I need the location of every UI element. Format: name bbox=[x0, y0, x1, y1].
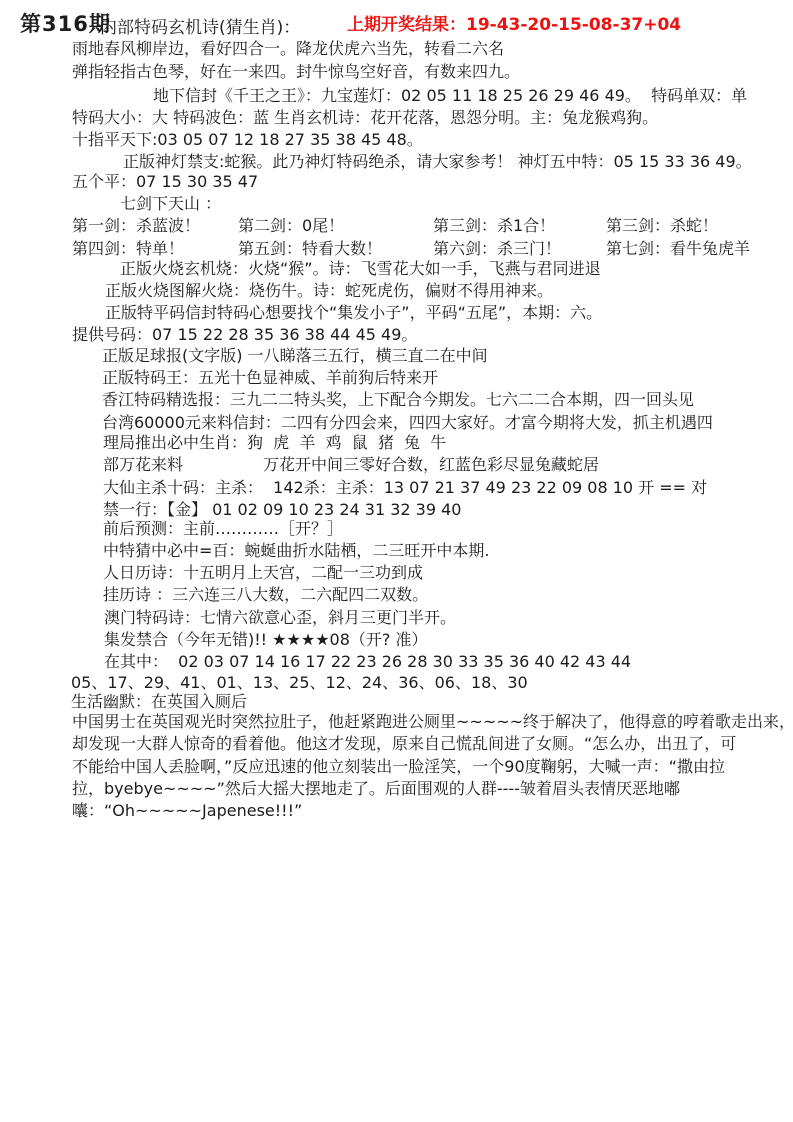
taiwan-envelope-line: 台湾60000元来料信封：二四有分四会来，四四大家好。才富今期将大发，抓主机遇四 bbox=[102, 413, 713, 433]
humor-paragraph-1: 中国男士在英国观光时突然拉肚子，他赶紧跑进公厕里~~~~~终于解决了，他得意的哼… bbox=[72, 712, 793, 732]
five-flat-line: 五个平：07 15 30 35 47 bbox=[72, 172, 258, 192]
underground-envelope-line: 地下信封《千王之王》：九宝莲灯：02 05 11 18 25 26 29 46 … bbox=[153, 86, 747, 106]
special-flat-envelope-line: 正版特平码信封特码心想要找个“集发小子”，平码“五尾”，本期：六。 bbox=[105, 303, 602, 323]
lottery-tip-sheet-page: 第316期 内部特码玄机诗(猜生肖)： 上期开奖结果：19-43-20-15-0… bbox=[0, 0, 793, 1122]
ban-row-line: 禁一行：【金】 01 02 09 10 23 24 31 32 39 40 bbox=[103, 500, 461, 520]
poem-line-1: 雨地春风柳岸边，看好四合一。降龙伏虎六当先，转看二六名 bbox=[72, 39, 504, 59]
humor-title-line: 生活幽默：在英国入厕后 bbox=[71, 692, 247, 712]
seven-swords-title: 七剑下天山 ： bbox=[120, 194, 221, 214]
size-wave-line: 特码大小：大 特码波色：蓝 生肖玄机诗：花开花落，恩怨分明。主：兔龙猴鸡狗。 bbox=[72, 108, 658, 128]
issue-number: 第316期 bbox=[20, 8, 111, 38]
football-paper-line: 正版足球报(文字版) 一八睇落三五行，横三直二在中间 bbox=[102, 346, 488, 366]
among-numbers-line-2: 05、17、29、41、01、13、25、12、24、36、06、18、30 bbox=[71, 673, 528, 693]
fire-mystery-line: 正版火烧玄机烧：火烧“猴”。诗：飞雪花大如一手，飞燕与君同进退 bbox=[120, 259, 601, 279]
last-draw-result: 上期开奖结果：19-43-20-15-08-37+04 bbox=[347, 10, 681, 35]
wall-calendar-poem-line: 挂历诗 ：三六连三八大数，二六配四二双数。 bbox=[103, 585, 428, 605]
sword-row-2-cell: 第五剑：特看大数！ bbox=[238, 239, 382, 259]
humor-paragraph-4: 拉，byebye~~~~”然后大摇大摆地走了。后面围观的人群----皱着眉头表情… bbox=[72, 779, 680, 799]
special-code-king-line: 正版特码王：五光十色显神威、羊前狗后特来开 bbox=[102, 368, 438, 388]
macau-poem-line: 澳门特码诗：七情六欲意心歪，斜月三更门半开。 bbox=[104, 608, 456, 628]
day-calendar-poem-line: 人日历诗：十五明月上天宫，二配一三功到成 bbox=[103, 563, 423, 583]
forecast-line: 前后预测：主前…………［开？］ bbox=[103, 519, 343, 539]
xiangjiang-line: 香江特码精选报：三九二二特头奖，上下配合今期发。七六二二合本期，四一回头见 bbox=[102, 390, 694, 410]
ten-fingers-line: 十指平天下:03 05 07 12 18 27 35 38 45 48。 bbox=[72, 130, 423, 150]
sword-row-1-cell: 第一剑：杀蓝波！ bbox=[72, 216, 200, 236]
sword-row-2-cell: 第四剑：特单！ bbox=[72, 239, 184, 259]
sword-row-2: 第四剑：特单！第五剑：特看大数！第六剑：杀三门！第七剑：看牛兔虎羊 bbox=[72, 239, 793, 259]
mid-special-line: 中特猜中必中=百：蜿蜒曲折水陆栖，二三旺开中本期. bbox=[103, 541, 490, 561]
wanhua-line: 部万花来料 万花开中间三零好合数，红蓝色彩尽显兔藏蛇居 bbox=[103, 455, 599, 475]
daxian-kill-line: 大仙主杀十码：主杀： 142杀：主杀：13 07 21 37 49 23 22 … bbox=[103, 478, 707, 498]
sword-row-2-cell: 第七剑：看牛兔虎羊 bbox=[606, 239, 750, 259]
jifa-ban-line: 集发禁合（今年无错)!! ★★★★08（开? 准） bbox=[104, 630, 427, 650]
humor-paragraph-3: 不能给中国人丢脸啊，”反应迅速的他立刻装出一脸淫笑，一个90度鞠躬，大喊一声：“… bbox=[72, 757, 725, 777]
magic-lamp-line: 正版神灯禁支:蛇猴。此乃神灯特码绝杀，请大家参考！ 神灯五中特：05 15 33… bbox=[123, 152, 752, 172]
sword-row-1: 第一剑：杀蓝波！第二剑：0尾！第三剑：杀1合！第三剑：杀蛇！ bbox=[72, 216, 793, 236]
poem-line-2: 弹指轻指古色琴，好在一来四。封牛惊鸟空好音，有数来四九。 bbox=[72, 62, 520, 82]
humor-paragraph-5: 囔：“Oh~~~~~Japenese!!!” bbox=[72, 801, 302, 821]
provided-numbers-line: 提供号码：07 15 22 28 35 36 38 44 45 49。 bbox=[72, 325, 417, 345]
humor-paragraph-2: 却发现一大群人惊奇的看着他。他这才发现，原来自己慌乱间进了女厕。“怎么办，出丑了… bbox=[72, 734, 736, 754]
sword-row-2-cell: 第六剑：杀三门！ bbox=[433, 239, 561, 259]
sword-row-1-cell: 第二剑：0尾！ bbox=[238, 216, 344, 236]
sword-row-1-cell: 第三剑：杀蛇！ bbox=[606, 216, 718, 236]
page-title: 内部特码玄机诗(猜生肖)： bbox=[100, 13, 300, 38]
sword-row-1-cell: 第三剑：杀1合！ bbox=[433, 216, 555, 236]
bureau-zodiac-line: 理局推出必中生肖：狗 虎 羊 鸡 鼠 猪 兔 牛 bbox=[103, 433, 446, 453]
fire-diagram-line: 正版火烧图解火烧：烧伤牛。诗：蛇死虎伤，偏财不得用神来。 bbox=[105, 281, 553, 301]
among-numbers-line-1: 在其中： 02 03 07 14 16 17 22 23 26 28 30 33… bbox=[104, 652, 631, 672]
